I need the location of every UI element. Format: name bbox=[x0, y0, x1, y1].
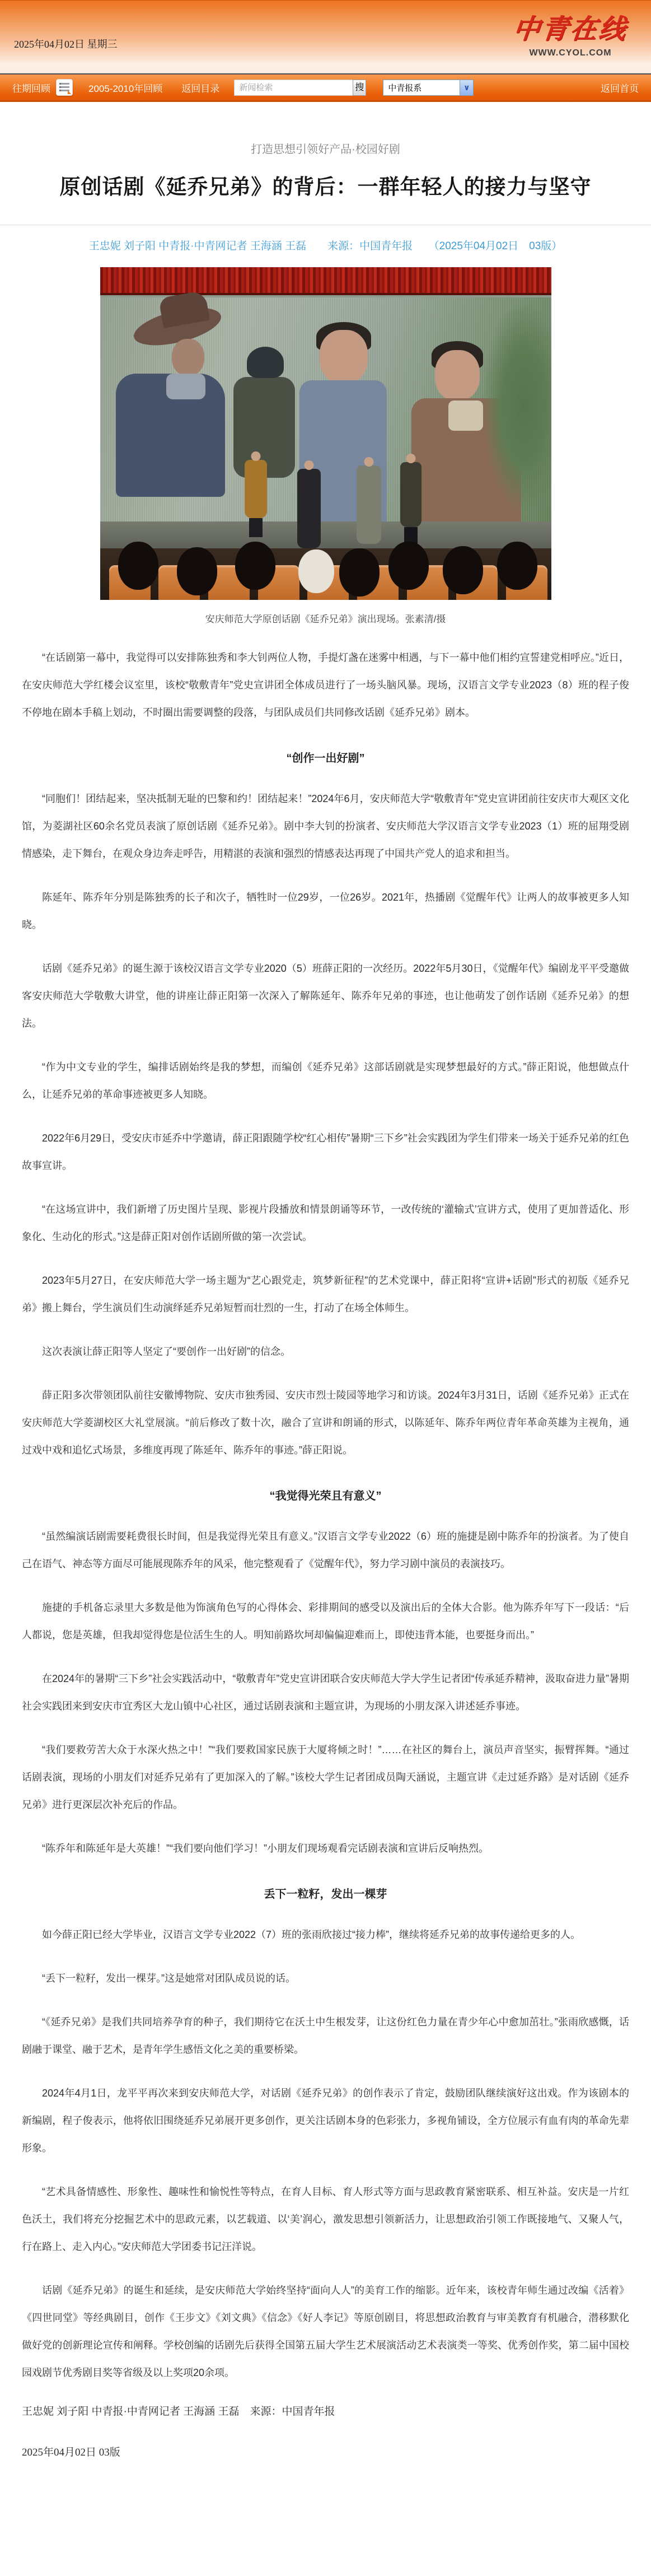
body-paragraph: “陈乔年和陈延年是大英雄！”“我们要向他们学习！”小朋友们现场观看完话剧表演和宣… bbox=[22, 1835, 629, 1862]
body-paragraph: 2023年5月27日，在安庆师范大学一场主题为“艺心跟党走，筑梦新征程”的艺术党… bbox=[22, 1267, 629, 1322]
actor-figure bbox=[245, 460, 267, 518]
body-paragraph: “我们要救劳苦大众于水深火热之中！”“我们要救国家民族于大厦将倾之时！”……在社… bbox=[22, 1736, 629, 1819]
photo-caption: 安庆师范大学原创话剧《延乔兄弟》演出现场。张素清/摄 bbox=[22, 611, 629, 625]
paper-series-selected-value: 中青报系 bbox=[383, 82, 460, 94]
footer-byline: 王忠妮 刘子阳 中青报·中青网记者 王海涵 王磊 来源：中国青年报 bbox=[22, 2403, 629, 2418]
divider bbox=[0, 225, 651, 225]
body-paragraph: 在2024年的暑期“三下乡”社会实践活动中，“敬敷青年”党史宣讲团联合安庆师范大… bbox=[22, 1665, 629, 1720]
paper-series-select[interactable]: 中青报系 ∨ bbox=[383, 80, 474, 96]
body-paragraph: 陈延年、陈乔年分别是陈独秀的长子和次子，牺牲时一位29岁，一位26岁。2021年… bbox=[22, 884, 629, 939]
header-date: 2025年04月02日 星期三 bbox=[14, 36, 118, 51]
section-subhead: “创作一出好剧” bbox=[22, 749, 629, 765]
stage-floor bbox=[100, 521, 551, 548]
actor-figure bbox=[400, 462, 421, 527]
body-paragraph: “在话剧第一幕中，我觉得可以安排陈独秀和李大钊两位人物，手提灯盏在迷雾中相遇，与… bbox=[22, 644, 629, 726]
site-header: 2025年04月02日 星期三 中青在线 WWW.CYOL.COM bbox=[0, 0, 651, 73]
body-paragraph: “在这场宣讲中，我们新增了历史图片呈现、影视片段播放和情景朗诵等环节，一改传统的… bbox=[22, 1196, 629, 1251]
section-subhead: “我觉得光荣且有意义” bbox=[22, 1487, 629, 1503]
body-paragraph: 薛正阳多次带领团队前往安徽博物院、安庆市独秀园、安庆市烈士陵园等地学习和访谈。2… bbox=[22, 1382, 629, 1464]
search-input[interactable] bbox=[234, 80, 353, 96]
article-byline: 王忠妮 刘子阳 中青报·中青网记者 王海涵 王磊 来源：中国青年报 （2025年… bbox=[22, 237, 629, 253]
page-title: 原创话剧《延乔兄弟》的背后：一群年轻人的接力与坚守 bbox=[22, 170, 629, 200]
nav-back-home[interactable]: 返回首页 bbox=[601, 81, 639, 95]
body-paragraph: 2022年6月29日，受安庆市延乔中学邀请，薛正阳跟随学校“红心相传”暑期“三下… bbox=[22, 1125, 629, 1180]
body-paragraph: “作为中文专业的学生，编排话剧始终是我的梦想，而编创《延乔兄弟》这部话剧就是实现… bbox=[22, 1054, 629, 1108]
section-subhead: 丢下一粒籽，发出一棵芽 bbox=[22, 1885, 629, 1901]
article-kicker: 打造思想引领好产品·校园好剧 bbox=[22, 140, 629, 156]
site-logo[interactable]: 中青在线 WWW.CYOL.COM bbox=[513, 7, 627, 58]
past-issues-list-icon[interactable] bbox=[56, 79, 73, 96]
body-paragraph: “《延乔兄弟》是我们共同培养孕育的种子，我们期待它在沃土中生根发芽，让这份红色力… bbox=[22, 2009, 629, 2063]
article-body: “在话剧第一幕中，我觉得可以安排陈独秀和李大钊两位人物，手提灯盏在迷雾中相遇，与… bbox=[22, 644, 629, 2387]
nav-past-review[interactable]: 往期回顾 bbox=[12, 81, 50, 95]
actor-figure bbox=[357, 465, 381, 544]
audience-rows bbox=[100, 548, 551, 600]
body-paragraph: “丢下一粒籽，发出一棵芽。”这是她常对团队成员说的话。 bbox=[22, 1965, 629, 1992]
body-paragraph: 施捷的手机备忘录里大多数是他为饰演角色写的心得体会、彩排期间的感受以及演出后的全… bbox=[22, 1594, 629, 1649]
actor-figure bbox=[297, 469, 321, 548]
article: 打造思想引领好产品·校园好剧 原创话剧《延乔兄弟》的背后：一群年轻人的接力与坚守… bbox=[0, 140, 651, 2478]
body-paragraph: 话剧《延乔兄弟》的诞生和延续，是安庆师范大学始终坚持“面向人人”的美育工作的缩影… bbox=[22, 2277, 629, 2387]
body-paragraph: 话剧《延乔兄弟》的诞生源于该校汉语言文学专业2020（5）班薛正阳的一次经历。2… bbox=[22, 955, 629, 1037]
article-photo bbox=[100, 267, 551, 600]
chevron-down-icon[interactable]: ∨ bbox=[460, 80, 473, 95]
search-box: 搜 bbox=[234, 80, 366, 96]
body-paragraph: “虽然编演话剧需要耗费很长时间，但是我觉得光荣且有意义。”汉语言文学专业2022… bbox=[22, 1523, 629, 1578]
footer-date-edition: 2025年04月02日 03版 bbox=[22, 2444, 629, 2478]
body-paragraph: 如今薛正阳已经大学毕业，汉语言文学专业2022（7）班的张雨欣接过“接力棒”，继… bbox=[22, 1921, 629, 1949]
body-paragraph: 这次表演让薛正阳等人坚定了“要创作一出好剧”的信念。 bbox=[22, 1338, 629, 1366]
logo-wordmark: 中青在线 bbox=[511, 7, 629, 46]
body-paragraph: “同胞们！团结起来，坚决抵制无耻的巴黎和约！团结起来！”2024年6月，安庆师范… bbox=[22, 785, 629, 868]
body-paragraph: 2024年4月1日，龙平平再次来到安庆师范大学，对话剧《延乔兄弟》的创作表示了肯… bbox=[22, 2080, 629, 2162]
nav-review-2005-2010[interactable]: 2005-2010年回顾 bbox=[88, 81, 162, 95]
nav-back-to-catalog[interactable]: 返回目录 bbox=[181, 81, 219, 95]
body-paragraph: “艺术具备情感性、形象性、趣味性和愉悦性等特点，在育人目标、育人形式等方面与思政… bbox=[22, 2178, 629, 2261]
navbar: 往期回顾 2005-2010年回顾 返回目录 搜 中青报系 ∨ 返回首页 bbox=[0, 73, 651, 102]
logo-url: WWW.CYOL.COM bbox=[513, 48, 627, 58]
stage-curtain bbox=[100, 267, 551, 295]
search-button[interactable]: 搜 bbox=[353, 80, 366, 96]
